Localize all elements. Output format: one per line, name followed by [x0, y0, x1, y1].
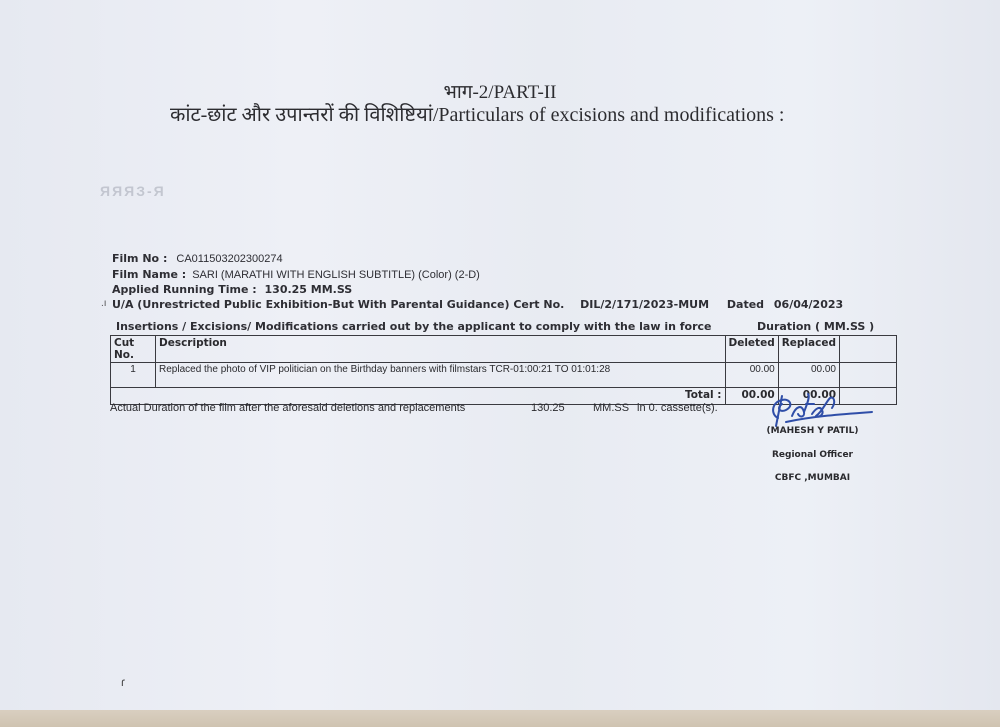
- film-number: Film No : CA011503202300274: [112, 252, 283, 265]
- actual-duration-label: Actual Duration of the film after the af…: [110, 402, 465, 414]
- scan-speck: .ı: [101, 298, 107, 309]
- dated-value: 06/04/2023: [774, 298, 843, 311]
- deleted-cell: 00.00: [725, 363, 778, 388]
- signatory-name: (MAHESH Y PATIL): [765, 426, 860, 436]
- certificate-line: U/A (Unrestricted Public Exhibition-But …: [112, 298, 843, 311]
- film-name-label: Film Name :: [112, 268, 186, 281]
- cassette-count: in 0. cassette(s).: [637, 402, 718, 414]
- film-number-value: CA011503202300274: [176, 253, 282, 265]
- film-name: Film Name : SARI (MARATHI WITH ENGLISH S…: [112, 268, 480, 281]
- page-bottom-edge: [0, 710, 1000, 727]
- running-time-label: Applied Running Time :: [112, 283, 257, 296]
- cuts-heading: Insertions / Excisions/ Modifications ca…: [116, 320, 712, 333]
- film-name-value: SARI (MARATHI WITH ENGLISH SUBTITLE) (Co…: [192, 269, 480, 281]
- column-header-deleted: Deleted: [725, 336, 778, 363]
- column-header-cut-no: Cut No.: [111, 336, 156, 363]
- actual-duration-unit: MM.SS: [593, 402, 629, 414]
- description-cell: Replaced the photo of VIP politician on …: [156, 363, 726, 388]
- scan-speck: ɾ: [121, 675, 125, 689]
- duration-heading: Duration ( MM.SS ): [757, 320, 874, 333]
- certificate-number: DIL/2/171/2023-MUM: [580, 298, 709, 311]
- section-title: कांट-छांट और उपान्तरों की विशिष्टियां/Pa…: [170, 100, 784, 127]
- signatory-designation: Regional Officer: [765, 450, 860, 460]
- column-header-description: Description: [156, 336, 726, 363]
- actual-duration-value: 130.25: [531, 402, 565, 414]
- signatory-office: CBFC ,MUMBAI: [765, 473, 860, 483]
- table-header-row: Cut No. Description Deleted Replaced: [111, 336, 897, 363]
- column-header-blank: [840, 336, 897, 363]
- replaced-cell: 00.00: [778, 363, 839, 388]
- blank-cell: [840, 363, 897, 388]
- applied-running-time: Applied Running Time : 130.25 MM.SS: [112, 283, 352, 296]
- cut-number-cell: 1: [111, 363, 156, 388]
- film-number-label: Film No :: [112, 252, 167, 265]
- table-row: 1 Replaced the photo of VIP politician o…: [111, 363, 897, 388]
- running-time-value: 130.25 MM.SS: [265, 283, 353, 296]
- certificate-label: U/A (Unrestricted Public Exhibition-But …: [112, 298, 564, 311]
- faint-stamp-mark: ЯЯЯЗ-Я: [100, 183, 166, 199]
- column-header-replaced: Replaced: [778, 336, 839, 363]
- dated-label: Dated: [727, 298, 764, 311]
